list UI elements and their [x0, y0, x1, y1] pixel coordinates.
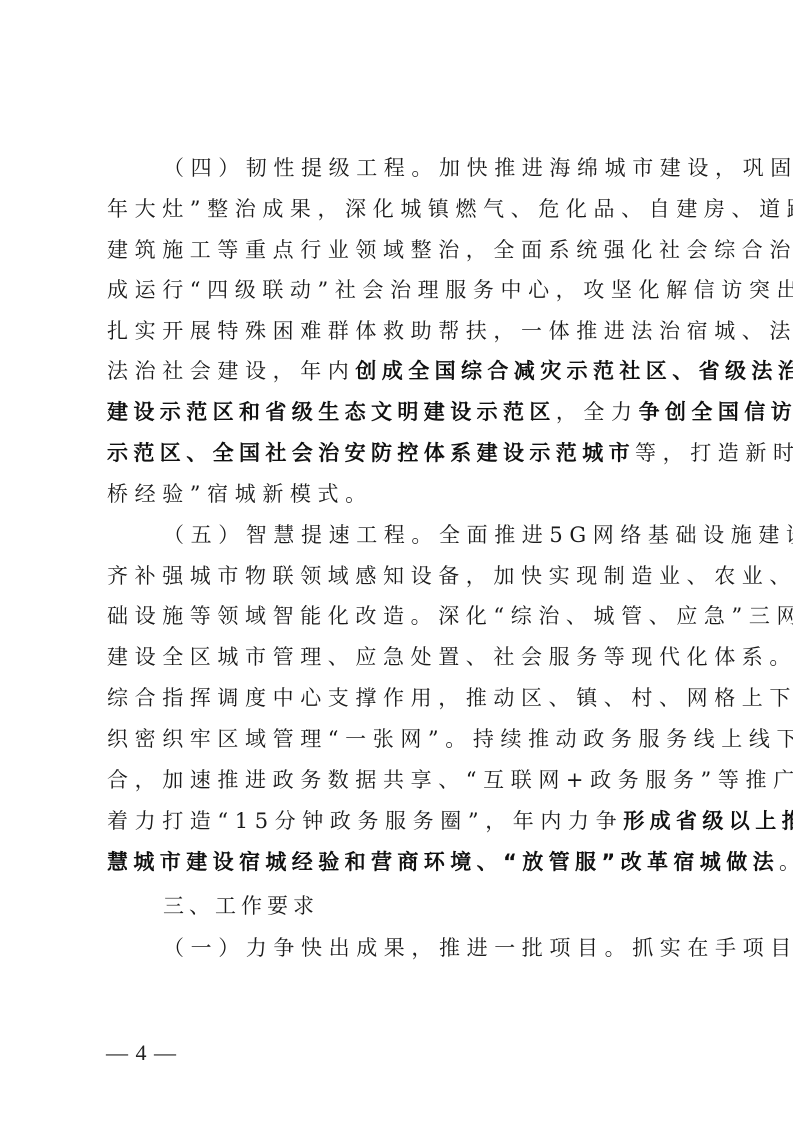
paragraph-4-line-6: 法治社会建设，年内创成全国综合减灾示范社区、省级法治政府 [107, 356, 707, 386]
text-segment: 桥经验”宿城新模式。 [107, 482, 373, 506]
paragraph-5-line-2: 齐补强城市物联领域感知设备，加快实现制造业、农业、市政基 [107, 561, 707, 591]
paragraph-5-line-6: 织密织牢区域管理“一张网”。持续推动政务服务线上线下双融 [107, 724, 707, 754]
text-segment: 建筑施工等重点行业领域整治，全面系统强化社会综合治理，建 [107, 238, 793, 262]
text-segment: ，全力 [556, 400, 639, 424]
text-segment: （四）韧性提级工程。加快推进海绵城市建设，巩固提升“三 [163, 156, 793, 180]
section-heading: 三、工作要求 [163, 891, 763, 921]
paragraph-4-line-9: 桥经验”宿城新模式。 [107, 479, 707, 509]
subsection-1-line-1: （一）力争快出成果，推进一批项目。抓实在手项目推进， [163, 933, 763, 963]
text-segment: 础设施等领域智能化改造。深化“综治、城管、应急”三网融合， [107, 604, 793, 628]
text-segment: （五）智慧提速工程。全面推进5G网络基础设施建设，补 [163, 523, 793, 547]
paragraph-4-line-4: 成运行“四级联动”社会治理服务中心，攻坚化解信访突出问题， [107, 275, 707, 305]
paragraph-4-line-8: 示范区、全国社会治安防控体系建设示范城市等，打造新时代“枫 [107, 438, 707, 468]
text-segment: 合，加速推进政务数据共享、“互联网+政务服务”等推广应用， [107, 768, 793, 792]
heading-text: 三、工作要求 [163, 894, 319, 918]
text-segment: 着力打造“15分钟政务服务圈”，年内力争 [107, 809, 623, 833]
bold-text-segment: 示范区、全国社会治安防控体系建设示范城市 [107, 441, 635, 465]
paragraph-4-line-7: 建设示范区和省级生态文明建设示范区，全力争创全国信访工作 [107, 397, 707, 427]
text-segment: 扎实开展特殊困难群体救助帮扶，一体推进法治宿城、法治政府、 [107, 319, 793, 343]
paragraph-5-line-4: 建设全区城市管理、应急处置、社会服务等现代化体系。发挥区 [107, 642, 707, 672]
text-segment: 年大灶”整治成果，深化城镇燃气、危化品、自建房、道路运输、 [107, 197, 793, 221]
paragraph-4-line-1: （四）韧性提级工程。加快推进海绵城市建设，巩固提升“三 [163, 153, 763, 183]
paragraph-4-line-2: 年大灶”整治成果，深化城镇燃气、危化品、自建房、道路运输、 [107, 194, 707, 224]
paragraph-4-line-5: 扎实开展特殊困难群体救助帮扶，一体推进法治宿城、法治政府、 [107, 316, 707, 346]
paragraph-5-line-1: （五）智慧提速工程。全面推进5G网络基础设施建设，补 [163, 520, 763, 550]
text-segment: （一）力争快出成果，推进一批项目。抓实在手项目推进， [163, 936, 793, 960]
text-segment: 。 [779, 850, 793, 874]
document-page: （四）韧性提级工程。加快推进海绵城市建设，巩固提升“三 年大灶”整治成果，深化城… [0, 0, 793, 1122]
paragraph-5-line-8: 着力打造“15分钟政务服务圈”，年内力争形成省级以上推广的智 [107, 806, 707, 836]
page-number: — 4 — [106, 1040, 177, 1066]
text-segment: 等，打造新时代“枫 [635, 441, 793, 465]
paragraph-5-line-3: 础设施等领域智能化改造。深化“综治、城管、应急”三网融合， [107, 601, 707, 631]
paragraph-5-line-7: 合，加速推进政务数据共享、“互联网+政务服务”等推广应用， [107, 765, 707, 795]
paragraph-5-line-9: 慧城市建设宿城经验和营商环境、“放管服”改革宿城做法。 [107, 847, 707, 877]
text-segment: 成运行“四级联动”社会治理服务中心，攻坚化解信访突出问题， [107, 278, 793, 302]
text-segment: 织密织牢区域管理“一张网”。持续推动政务服务线上线下双融 [107, 727, 793, 751]
text-segment: 综合指挥调度中心支撑作用，推动区、镇、村、网格上下联动， [107, 686, 793, 710]
bold-text-segment: 创成全国综合减灾示范社区、省级法治政府 [355, 359, 793, 383]
paragraph-5-line-5: 综合指挥调度中心支撑作用，推动区、镇、村、网格上下联动， [107, 683, 707, 713]
text-segment: 法治社会建设，年内 [107, 359, 355, 383]
text-segment: 建设全区城市管理、应急处置、社会服务等现代化体系。发挥区 [107, 645, 793, 669]
bold-text-segment: 慧城市建设宿城经验和营商环境、“放管服”改革宿城做法 [107, 850, 779, 874]
paragraph-4-line-3: 建筑施工等重点行业领域整治，全面系统强化社会综合治理，建 [107, 235, 707, 265]
bold-text-segment: 争创全国信访工作 [639, 400, 793, 424]
text-segment: 齐补强城市物联领域感知设备，加快实现制造业、农业、市政基 [107, 564, 793, 588]
bold-text-segment: 建设示范区和省级生态文明建设示范区 [107, 400, 556, 424]
bold-text-segment: 形成省级以上推广的智 [623, 809, 793, 833]
